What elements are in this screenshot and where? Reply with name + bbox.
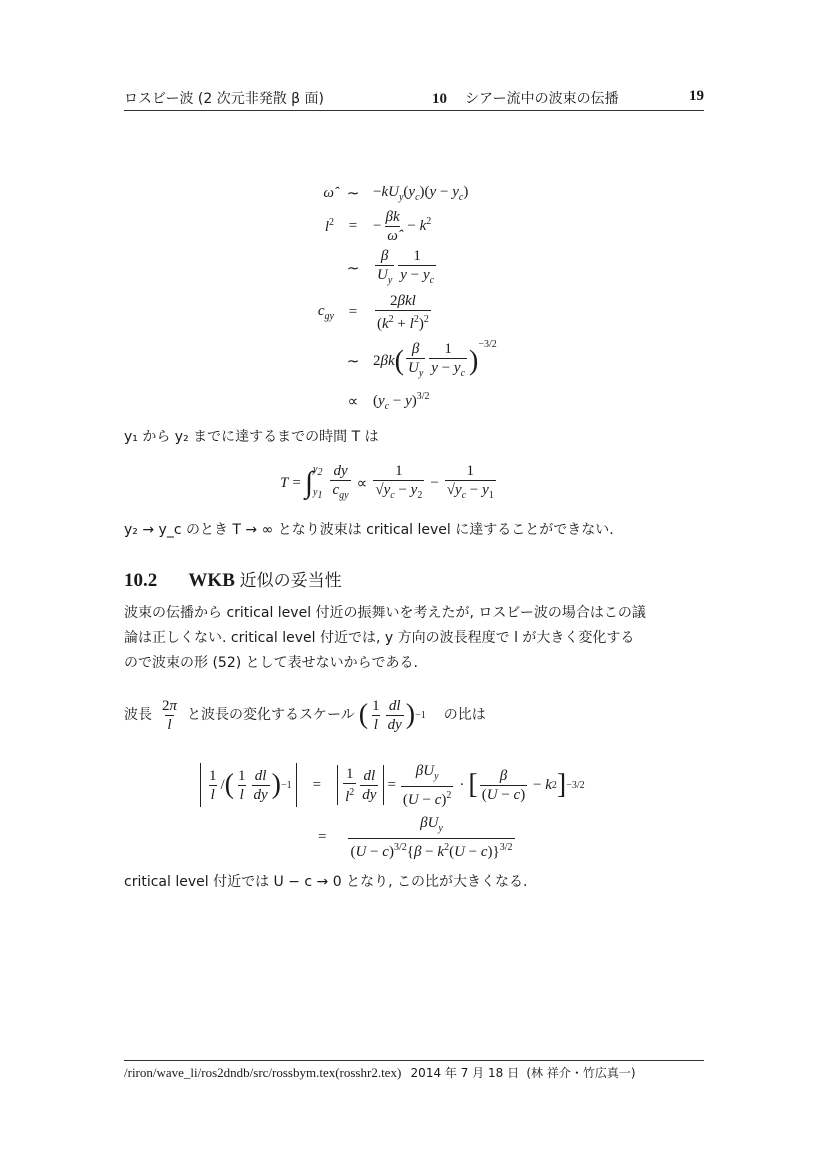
footer: /riron/wave_li/ros2dndb/src/rossbym.tex(…	[124, 1064, 636, 1081]
paragraph-wkb-line3: ので波束の形 (52) として表せないからである.	[124, 651, 418, 676]
running-header: ロスビー波 (2 次元非発散 β 面) 10シアー流中の波束の伝播 19	[124, 88, 704, 110]
paragraph-time-T: y₁ から y₂ までに達するまでの時間 T は	[124, 425, 379, 450]
section-number: 10.2	[124, 570, 157, 591]
paragraph-critical-level: y₂ → y_c のとき T → ∞ となり波束は critical level…	[124, 518, 614, 543]
header-section-title: シアー流中の波束の伝播	[465, 91, 619, 107]
footer-rule	[124, 1060, 704, 1061]
equation-ratio-1: 1l/ (1ldldy)−1 = 1l2dldy = βUy(U − c)2 ·…	[200, 760, 585, 810]
section-title-jp: 近似の妥当性	[240, 571, 342, 591]
footer-authors: (林 祥介・竹広真一)	[526, 1066, 635, 1080]
paragraph-wavelength-ratio: 波長 2πl と波長の変化するスケール (1ldldy)−1 の比は	[124, 690, 486, 740]
paragraph-wkb-line1: 波束の伝播から critical level 付近の振舞いを考えたが, ロスビー…	[124, 601, 646, 626]
equation-T-integral: T = ∫y2y1 dycgy ∝ 1√yc − y2 − 1√yc − y1	[280, 458, 498, 508]
equation-ratio-2: = βUy(U − c)3/2{β − k2(U − c)}3/2	[318, 812, 517, 862]
footer-path: /riron/wave_li/ros2dndb/src/rossbym.tex(…	[124, 1065, 401, 1080]
footer-date: 2014 年 7 月 18 日	[411, 1066, 520, 1080]
section-heading: 10.2 WKB 近似の妥当性	[124, 566, 342, 592]
paragraph-conclusion: critical level 付近では U − c → 0 となり, この比が大…	[124, 870, 527, 895]
paragraph-wkb-line2: 論は正しくない. critical level 付近では, y 方向の波長程度で…	[124, 626, 634, 651]
header-rule	[124, 110, 704, 111]
header-left-title: ロスビー波 (2 次元非発散 β 面)	[124, 88, 324, 108]
header-section-number: 10	[432, 91, 447, 107]
section-title-en: WKB	[188, 570, 234, 591]
page-number: 19	[689, 88, 704, 105]
header-section: 10シアー流中の波束の伝播	[432, 88, 619, 108]
